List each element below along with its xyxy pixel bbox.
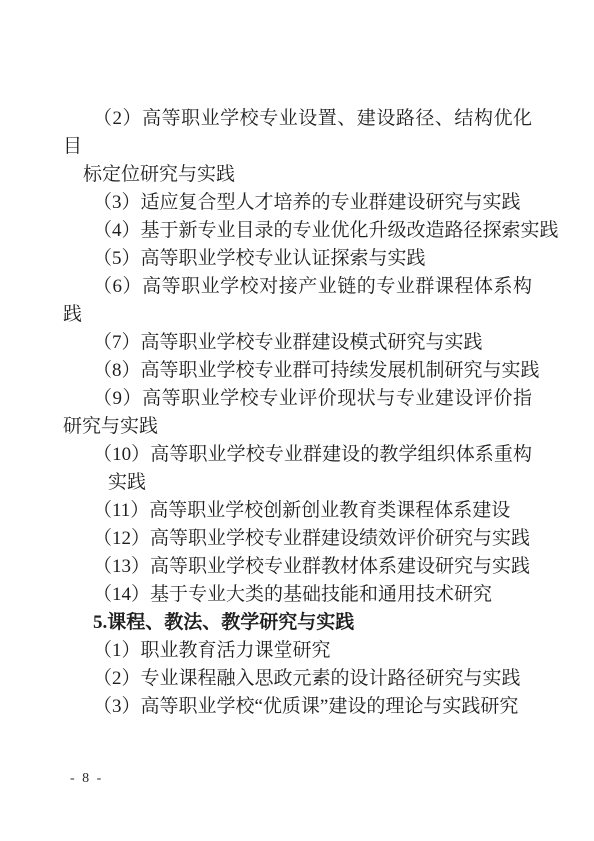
list-item: （10）高等职业学校专业群建设的教学组织体系重构研究与: [63, 441, 532, 469]
document-body: （2）高等职业学校专业设置、建设路径、结构优化与培养 目 标定位研究与实践 （3…: [63, 105, 532, 721]
wrapped-line: 研究与实践: [63, 413, 532, 441]
list-item: （1）职业教育活力课堂研究: [63, 637, 532, 665]
list-item: （13）高等职业学校专业群教材体系建设研究与实践: [63, 553, 532, 581]
wrapped-line: 标定位研究与实践: [63, 161, 532, 189]
list-item: （7）高等职业学校专业群建设模式研究与实践: [63, 329, 532, 357]
list-item: （14）基于专业大类的基础技能和通用技术研究: [63, 581, 532, 609]
list-item: （9）高等职业学校专业评价现状与专业建设评价指标体系: [63, 385, 532, 413]
page-number: - 8 -: [70, 769, 103, 789]
wrapped-line: 实践: [63, 469, 532, 497]
list-item: （5）高等职业学校专业认证探索与实践: [63, 245, 532, 273]
list-item: （2）专业课程融入思政元素的设计路径研究与实践: [63, 665, 532, 693]
document-page: （2）高等职业学校专业设置、建设路径、结构优化与培养 目 标定位研究与实践 （3…: [0, 0, 594, 841]
list-item: （3）高等职业学校“优质课”建设的理论与实践研究: [63, 693, 532, 721]
list-item: （6）高等职业学校对接产业链的专业群课程体系构建与实: [63, 273, 532, 301]
wrapped-line: 目: [63, 133, 532, 161]
list-item: （3）适应复合型人才培养的专业群建设研究与实践: [63, 189, 532, 217]
list-item: （8）高等职业学校专业群可持续发展机制研究与实践: [63, 357, 532, 385]
wrapped-line: 践: [63, 301, 532, 329]
list-item: （11）高等职业学校创新创业教育类课程体系建设: [63, 497, 532, 525]
section-heading: 5.课程、教法、教学研究与实践: [63, 609, 532, 637]
list-item: （4）基于新专业目录的专业优化升级改造路径探索实践: [63, 217, 532, 245]
list-item: （2）高等职业学校专业设置、建设路径、结构优化与培养: [63, 105, 532, 133]
list-item: （12）高等职业学校专业群建设绩效评价研究与实践: [63, 525, 532, 553]
